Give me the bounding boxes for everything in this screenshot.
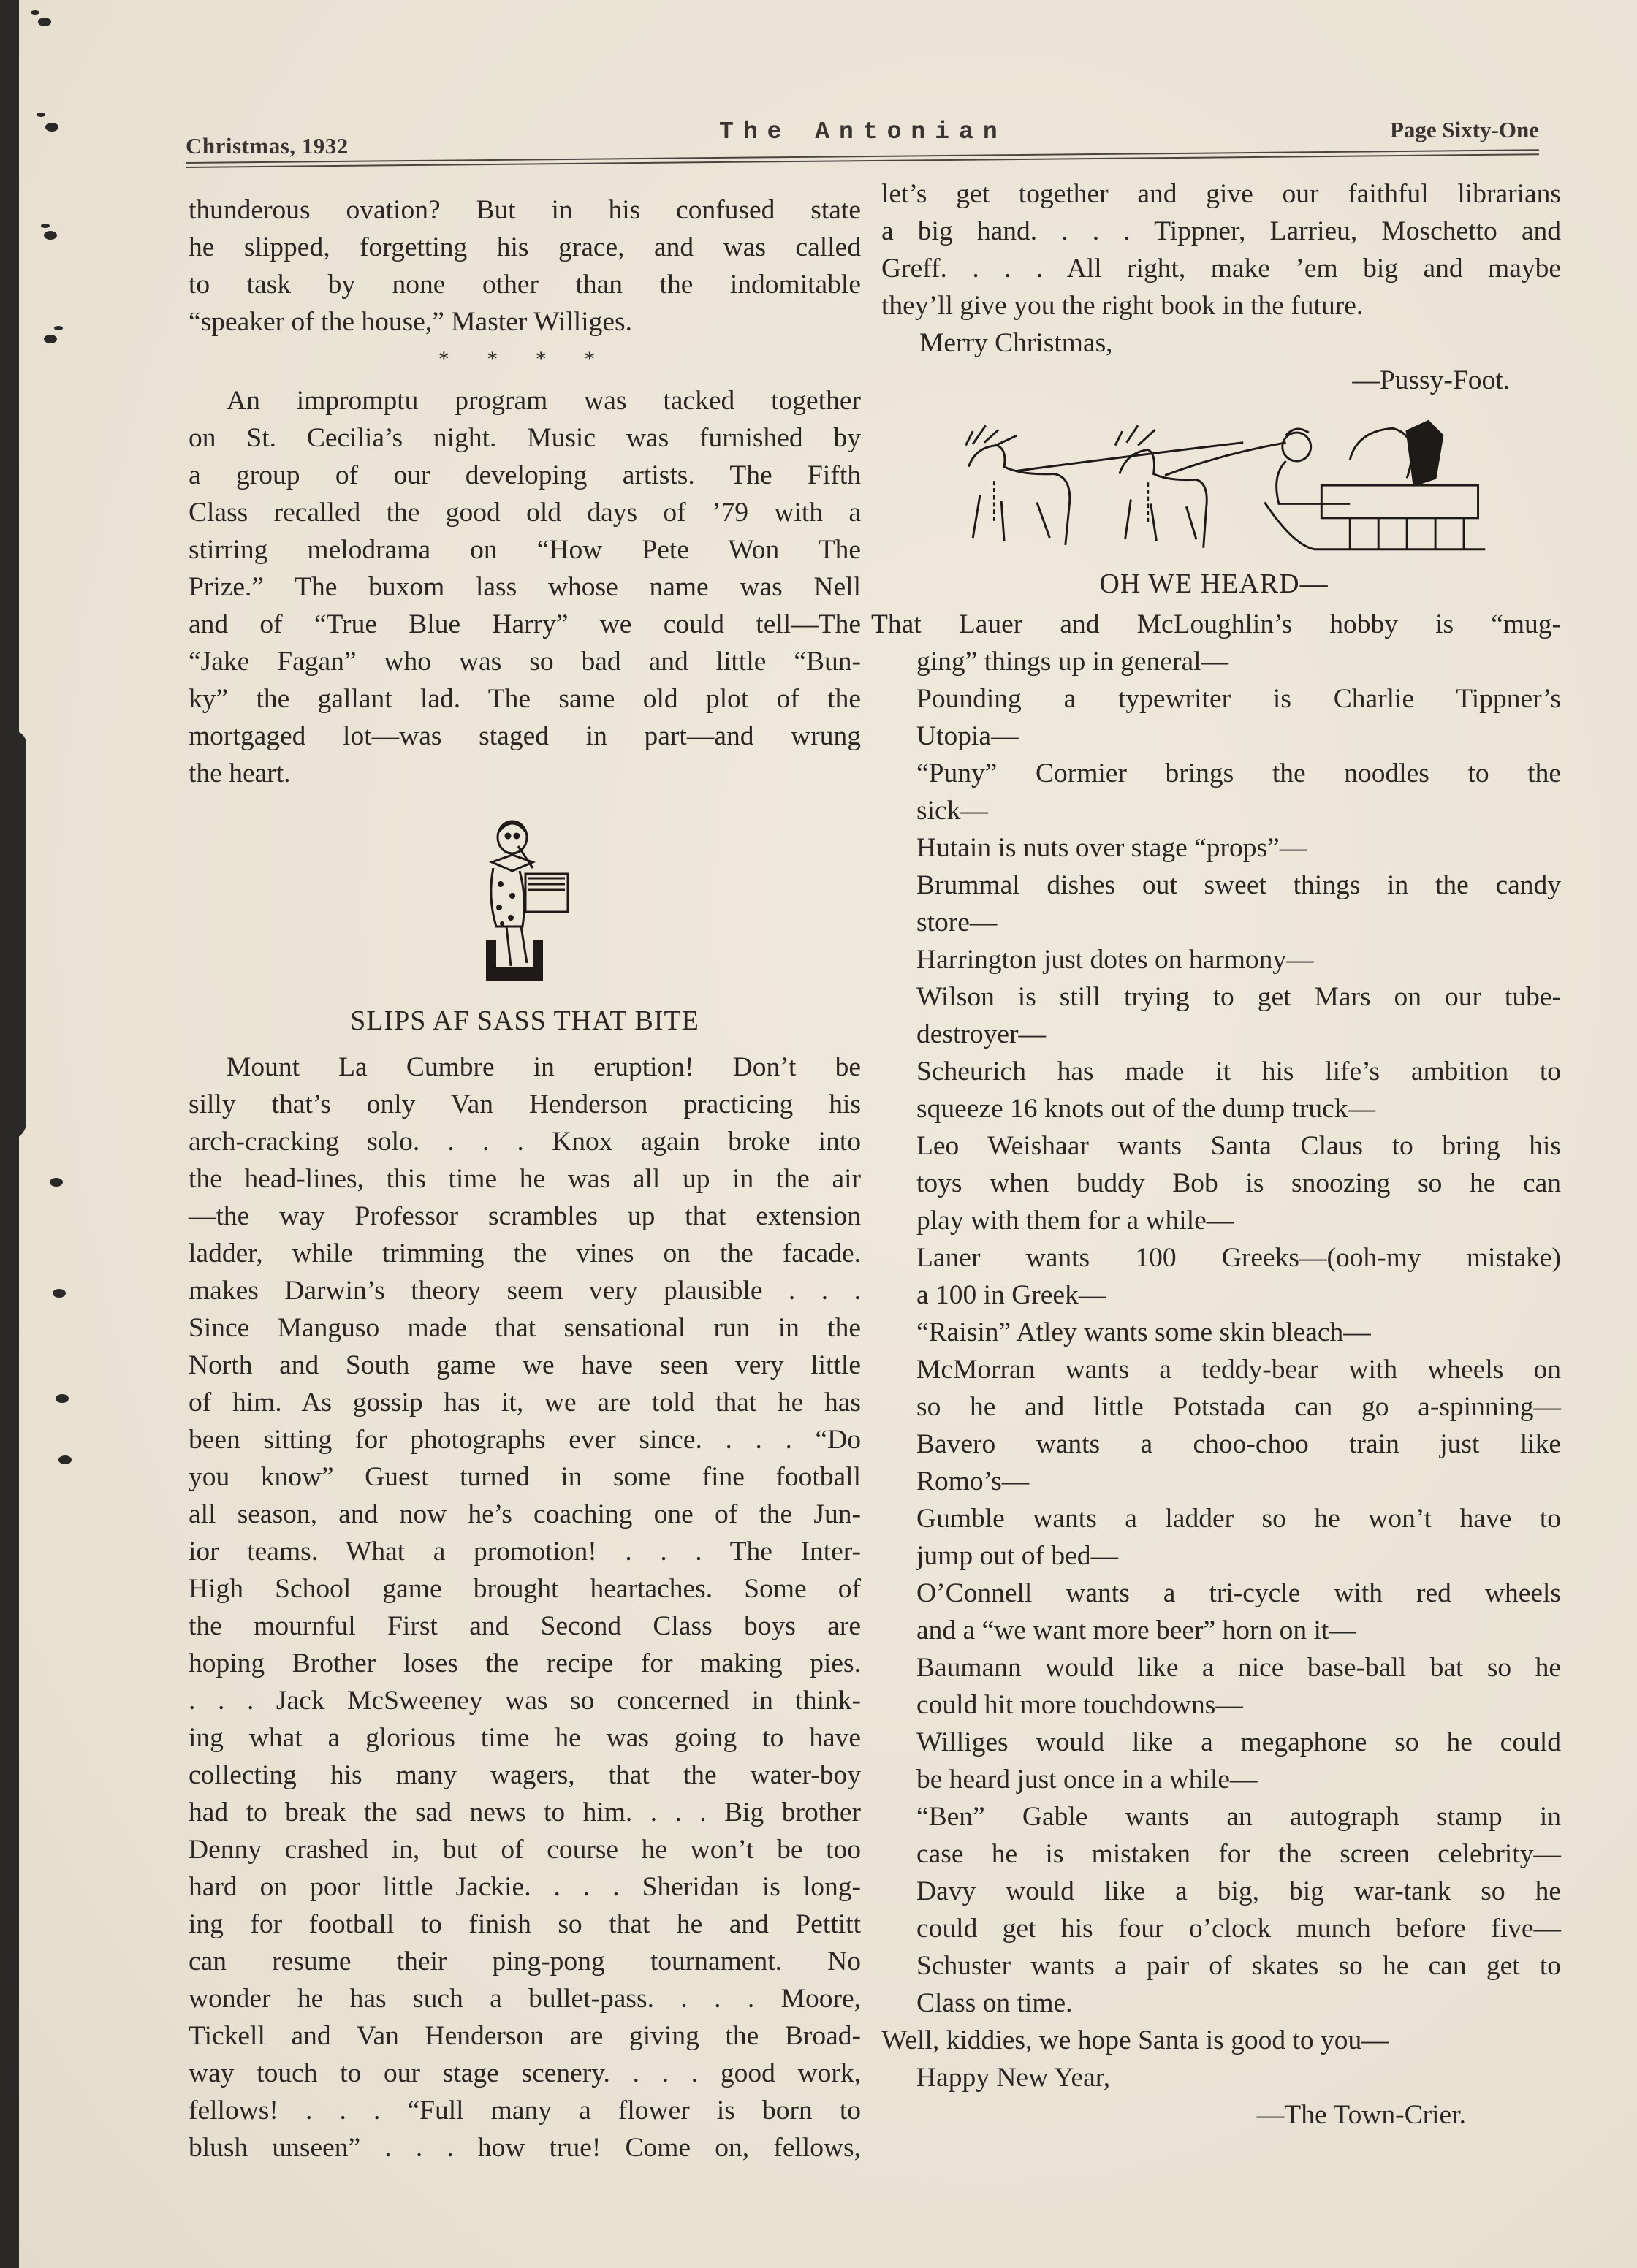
text-line: can resume their ping-pong tournament. N… xyxy=(189,1943,861,1980)
text-line: ing what a glorious time he was going to… xyxy=(189,1719,861,1757)
list-item: play with them for a while— xyxy=(871,1202,1561,1239)
text-line: . . . Jack McSweeney was so concerned in… xyxy=(189,1682,861,1719)
punch-hole xyxy=(44,335,57,343)
punch-hole xyxy=(53,1289,66,1298)
torn-binding-edge xyxy=(0,731,26,1140)
text-line: of him. As gossip has it, we are told th… xyxy=(189,1384,861,1421)
text-line: been sitting for photographs ever since.… xyxy=(189,1421,861,1458)
text-line: blush unseen” . . . how true! Come on, f… xyxy=(189,2129,861,2166)
text-line: makes Darwin’s theory seem very plausibl… xyxy=(189,1272,861,1309)
list-item: Bavero wants a choo-choo train just like xyxy=(871,1426,1561,1463)
list-item: store— xyxy=(871,904,1561,941)
publication-title: The Antonian xyxy=(719,118,1007,145)
list-item: be heard just once in a while— xyxy=(871,1761,1561,1798)
gossip-paragraph: Mount La Cumbre in eruption! Don’t be si… xyxy=(189,1049,861,2166)
text-line: the head-lines, this time he was all up … xyxy=(189,1160,861,1198)
list-item: McMorran wants a teddy-bear with wheels … xyxy=(871,1351,1561,1388)
punch-hole xyxy=(45,123,58,132)
text-line: the mournful First and Second Class boys… xyxy=(189,1607,861,1645)
section-separator: * * * * xyxy=(189,340,861,378)
santa-sleigh-illustration xyxy=(952,415,1492,561)
page-header: Christmas, 1932 The Antonian Page Sixty-… xyxy=(186,117,1539,175)
list-item: Wilson is still trying to get Mars on ou… xyxy=(871,978,1561,1016)
section-title: SLIPS AF SASS THAT BITE xyxy=(189,1002,861,1040)
list-item: ging” things up in general— xyxy=(871,643,1561,680)
list-item: case he is mistaken for the screen celeb… xyxy=(871,1835,1561,1873)
punch-hole xyxy=(38,18,51,26)
program-paragraph: An impromptu program was tacked together… xyxy=(189,382,861,792)
text-line: ladder, while trimming the vines on the … xyxy=(189,1235,861,1272)
list-item: That Lauer and McLoughlin’s hobby is “mu… xyxy=(871,606,1561,643)
signature: —The Town-Crier. xyxy=(871,2096,1561,2134)
text-line: ing for football to finish so that he an… xyxy=(189,1906,861,1943)
right-column: let’s get together and give our faithful… xyxy=(881,175,1561,2134)
punch-hole xyxy=(50,1178,63,1187)
text-line: Denny crashed in, but of course he won’t… xyxy=(189,1831,861,1868)
text-line: “speaker of the house,” Master Williges. xyxy=(189,303,861,340)
text-line: thunderous ovation? But in his confused … xyxy=(189,191,861,229)
text-line: you know” Guest turned in some fine foot… xyxy=(189,1458,861,1496)
list-item: Class on time. xyxy=(871,1984,1561,2022)
text-line: on St. Cecilia’s night. Music was furnis… xyxy=(189,419,861,457)
list-item: Pounding a typewriter is Charlie Tippner… xyxy=(871,680,1561,718)
text-line: to task by none other than the indomitab… xyxy=(189,266,861,303)
text-line: mortgaged lot—was staged in part—and wru… xyxy=(189,718,861,755)
list-item: “Raisin” Atley wants some skin bleach— xyxy=(871,1314,1561,1351)
left-column: thunderous ovation? But in his confused … xyxy=(189,191,861,2166)
list-item: Hutain is nuts over stage “props”— xyxy=(871,829,1561,867)
closing-greeting: Merry Christmas, xyxy=(881,324,1561,362)
list-item: could hit more touchdowns— xyxy=(871,1686,1561,1724)
text-line: he slipped, forgetting his grace, and wa… xyxy=(189,229,861,266)
text-line: a big hand. . . . Tippner, Larrieu, Mosc… xyxy=(881,213,1561,250)
text-line: ky” the gallant lad. The same old plot o… xyxy=(189,680,861,718)
text-line: ior teams. What a promotion! . . . The I… xyxy=(189,1533,861,1570)
text-line: fellows! . . . “Full many a flower is bo… xyxy=(189,2092,861,2129)
text-line: let’s get together and give our faithful… xyxy=(881,175,1561,213)
list-item: jump out of bed— xyxy=(871,1537,1561,1575)
list-item: Schuster wants a pair of skates so he ca… xyxy=(871,1947,1561,1984)
list-item: Baumann would like a nice base-ball bat … xyxy=(871,1649,1561,1686)
text-line: collecting his many wagers, that the wat… xyxy=(189,1757,861,1794)
list-item: Leo Weishaar wants Santa Claus to bring … xyxy=(871,1127,1561,1165)
text-line: way touch to our stage scenery. . . . go… xyxy=(189,2055,861,2092)
clown-drummer-illustration xyxy=(470,817,580,985)
section-title: OH WE HEARD— xyxy=(881,566,1561,603)
list-item: Gumble wants a ladder so he won’t have t… xyxy=(871,1500,1561,1537)
list-item: destroyer— xyxy=(871,1016,1561,1053)
list-item: sick— xyxy=(871,792,1561,829)
text-line: the heart. xyxy=(189,755,861,792)
intro-paragraph: thunderous ovation? But in his confused … xyxy=(189,191,861,340)
page-number: Page Sixty-One xyxy=(1390,117,1539,143)
list-item: Williges would like a megaphone so he co… xyxy=(871,1724,1561,1761)
continued-paragraph: let’s get together and give our faithful… xyxy=(881,175,1561,324)
text-line: “Jake Fagan” who was so bad and little “… xyxy=(189,643,861,680)
issue-date: Christmas, 1932 xyxy=(186,133,349,159)
heard-list: That Lauer and McLoughlin’s hobby is “mu… xyxy=(871,606,1561,2134)
punch-hole xyxy=(37,113,45,117)
list-item: “Ben” Gable wants an autograph stamp in xyxy=(871,1798,1561,1835)
text-line: North and South game we have seen very l… xyxy=(189,1347,861,1384)
list-item: could get his four o’clock munch before … xyxy=(871,1910,1561,1947)
signature: —Pussy-Foot. xyxy=(881,362,1561,399)
list-item: Harrington just dotes on harmony— xyxy=(871,941,1561,978)
punch-hole xyxy=(58,1455,72,1464)
text-line: hoping Brother loses the recipe for maki… xyxy=(189,1645,861,1682)
text-line: Class recalled the good old days of ’79 … xyxy=(189,494,861,531)
text-line: Mount La Cumbre in eruption! Don’t be xyxy=(189,1049,861,1086)
list-item: so he and little Potstada can go a-spinn… xyxy=(871,1388,1561,1426)
text-line: they’ll give you the right book in the f… xyxy=(881,287,1561,324)
text-line: hard on poor little Jackie. . . . Sherid… xyxy=(189,1868,861,1906)
text-line: wonder he has such a bullet-pass. . . . … xyxy=(189,1980,861,2017)
text-line: An impromptu program was tacked together xyxy=(189,382,861,419)
text-line: all season, and now he’s coaching one of… xyxy=(189,1496,861,1533)
list-item: O’Connell wants a tri-cycle with red whe… xyxy=(871,1575,1561,1612)
text-line: Tickell and Van Henderson are giving the… xyxy=(189,2017,861,2055)
text-line: silly that’s only Van Henderson practici… xyxy=(189,1086,861,1123)
text-line: arch-cracking solo. . . . Knox again bro… xyxy=(189,1123,861,1160)
list-item: and a “we want more beer” horn on it— xyxy=(871,1612,1561,1649)
text-line: and of “True Blue Harry” we could tell—T… xyxy=(189,606,861,643)
text-line: Since Manguso made that sensational run … xyxy=(189,1309,861,1347)
list-item: a 100 in Greek— xyxy=(871,1276,1561,1314)
text-line: High School game brought heartaches. Som… xyxy=(189,1570,861,1607)
list-item: Laner wants 100 Greeks—(ooh-my mistake) xyxy=(871,1239,1561,1276)
magazine-page: Christmas, 1932 The Antonian Page Sixty-… xyxy=(0,0,1637,2268)
punch-hole xyxy=(44,231,57,240)
text-line: Prize.” The buxom lass whose name was Ne… xyxy=(189,568,861,606)
punch-hole xyxy=(54,326,63,330)
list-item: squeeze 16 knots out of the dump truck— xyxy=(871,1090,1561,1127)
text-line: had to break the sad news to him. . . . … xyxy=(189,1794,861,1831)
text-line: a group of our developing artists. The F… xyxy=(189,457,861,494)
list-item: Scheurich has made it his life’s ambitio… xyxy=(871,1053,1561,1090)
list-item: toys when buddy Bob is snoozing so he ca… xyxy=(871,1165,1561,1202)
farewell-line: Well, kiddies, we hope Santa is good to … xyxy=(871,2022,1561,2059)
punch-hole xyxy=(41,224,50,228)
list-item: Brummal dishes out sweet things in the c… xyxy=(871,867,1561,904)
punch-hole xyxy=(56,1394,69,1403)
list-item: Utopia— xyxy=(871,718,1561,755)
list-item: Romo’s— xyxy=(871,1463,1561,1500)
punch-hole xyxy=(31,10,39,15)
list-item: “Puny” Cormier brings the noodles to the xyxy=(871,755,1561,792)
new-year-greeting: Happy New Year, xyxy=(871,2059,1561,2096)
text-line: —the way Professor scrambles up that ext… xyxy=(189,1198,861,1235)
text-line: stirring melodrama on “How Pete Won The xyxy=(189,531,861,568)
text-line: Greff. . . . All right, make ’em big and… xyxy=(881,250,1561,287)
list-item: Davy would like a big, big war-tank so h… xyxy=(871,1873,1561,1910)
